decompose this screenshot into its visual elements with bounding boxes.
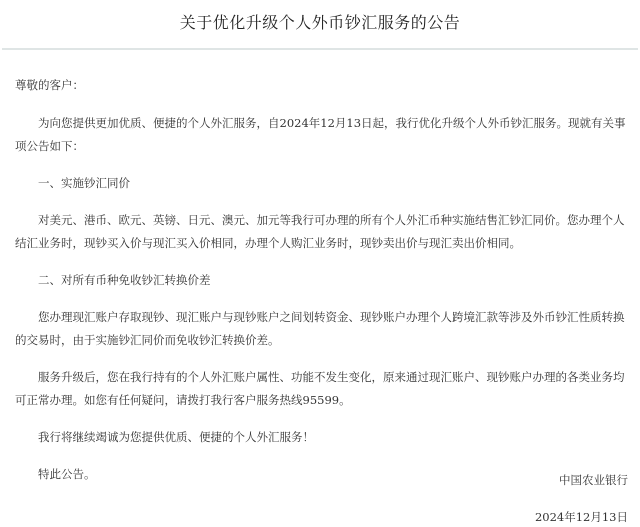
section-2-paragraph: 您办理现汇账户存取现钞、现汇账户与现钞账户之间划转资金、现钞账户办理个人跨境汇款… (15, 306, 628, 352)
service-note-paragraph: 服务升级后，您在我行持有的个人外汇账户属性、功能不发生变化，原来通过现汇账户、现… (15, 366, 628, 412)
signature-organization: 中国农业银行 (559, 472, 628, 488)
greeting: 尊敬的客户： (15, 74, 628, 97)
header-divider (2, 48, 638, 50)
intro-paragraph: 为向您提供更加优质、便捷的个人外汇服务，自2024年12月13日起，我行优化升级… (15, 112, 628, 158)
announcement-body: 尊敬的客户： 为向您提供更加优质、便捷的个人外汇服务，自2024年12月13日起… (15, 74, 628, 500)
announcement-closing: 特此公告。 (15, 463, 628, 486)
section-heading-2: 二、对所有币种免收钞汇转换价差 (15, 269, 628, 292)
signature-date: 2024年12月13日 (535, 509, 628, 525)
closing-paragraph: 我行将继续竭诚为您提供优质、便捷的个人外汇服务！ (15, 426, 628, 449)
announcement-header: 关于优化升级个人外币钞汇服务的公告 (0, 0, 640, 48)
page-title: 关于优化升级个人外币钞汇服务的公告 (0, 10, 640, 33)
section-1-paragraph: 对美元、港币、欧元、英镑、日元、澳元、加元等我行可办理的所有个人外汇币种实施结售… (15, 209, 628, 255)
section-heading-1: 一、实施钞汇同价 (15, 172, 628, 195)
